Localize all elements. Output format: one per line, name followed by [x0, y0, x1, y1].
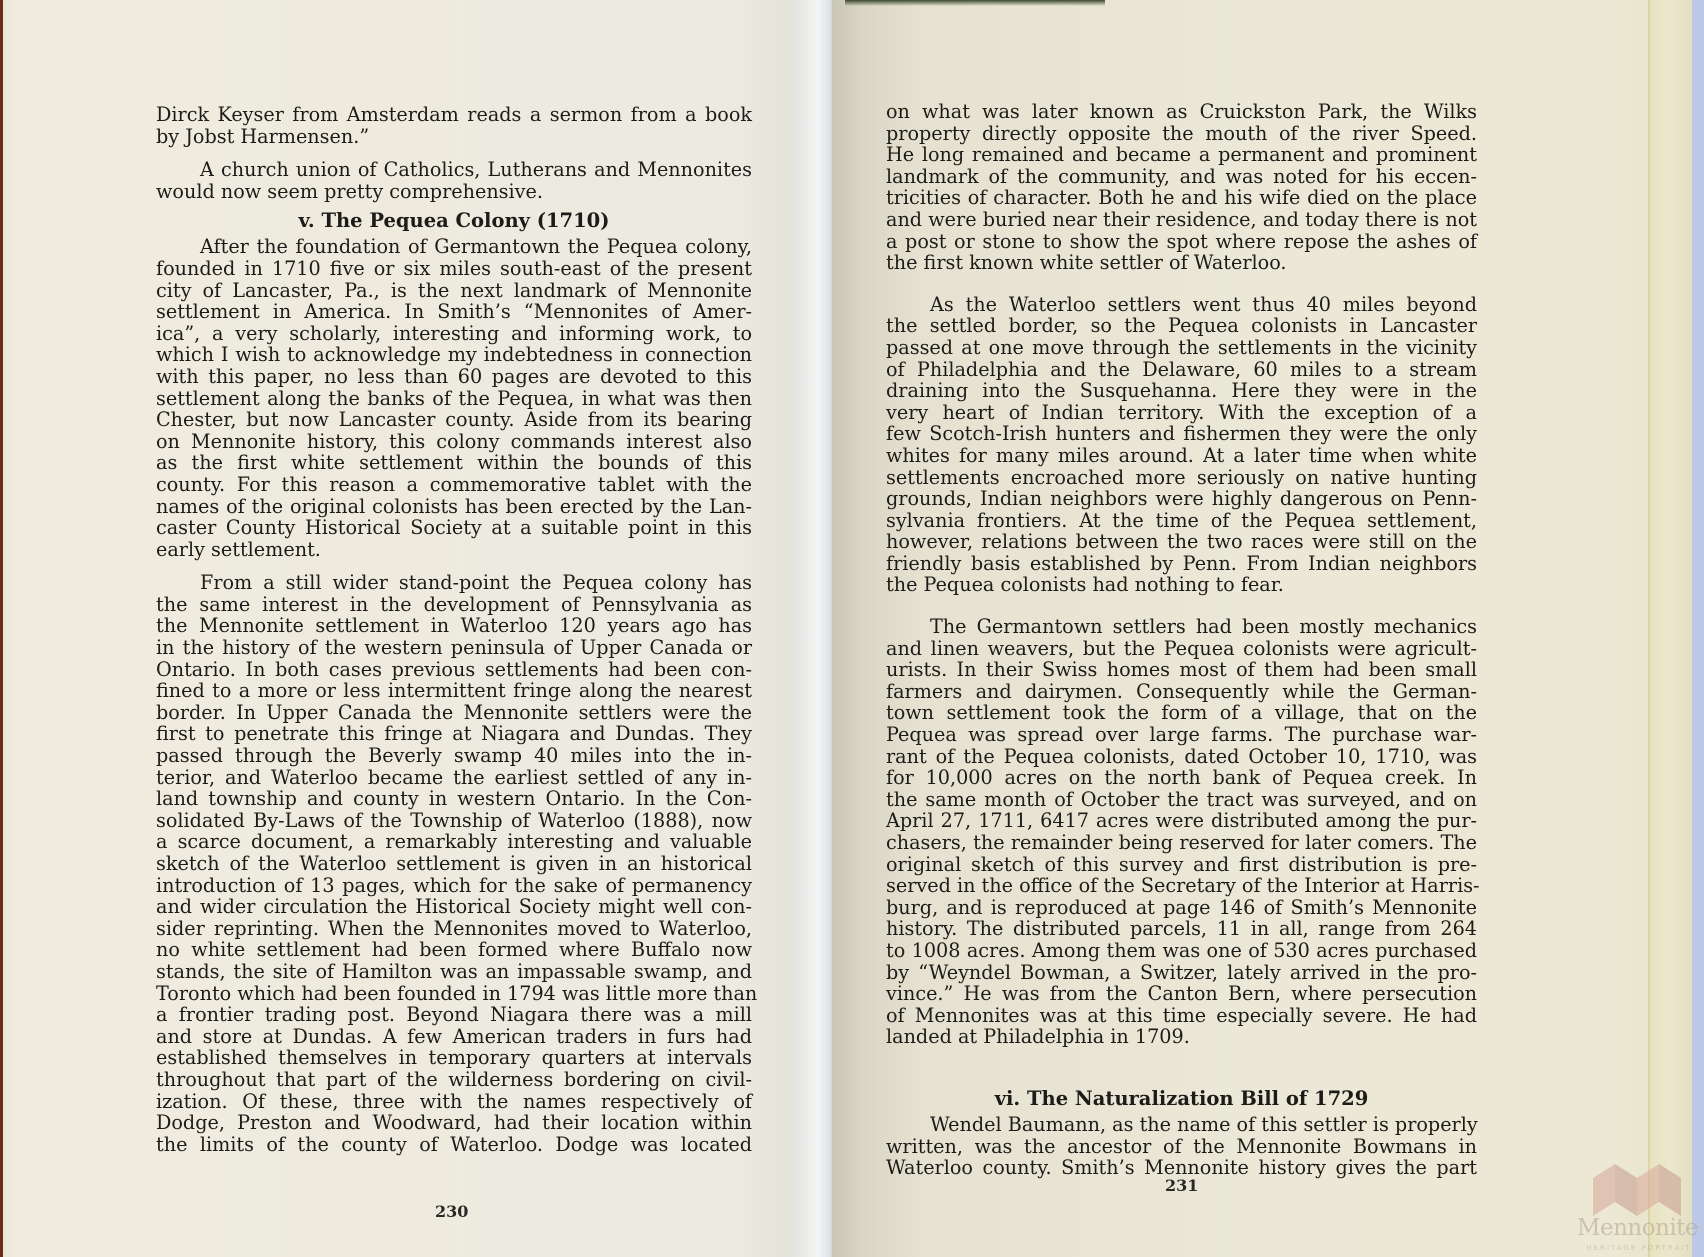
text-line: draining into the Susquehanna. Here they…: [886, 380, 1477, 402]
text-line: in the history of the western peninsula …: [156, 637, 752, 659]
text-line: a frontier trading post. Beyond Niagara …: [156, 1004, 752, 1026]
left-page-text: Dirck Keyser from Amsterdam reads a serm…: [156, 104, 752, 1155]
text-line: city of Lancaster, Pa., is the next land…: [156, 280, 752, 302]
mennonite-logo-icon: [1575, 1160, 1700, 1220]
text-line: a scarce document, a remarkably interest…: [156, 831, 752, 853]
text-line: passed through the Beverly swamp 40 mile…: [156, 745, 752, 767]
text-line: landmark of the community, and was noted…: [886, 166, 1477, 188]
text-line: served in the office of the Secretary of…: [886, 875, 1477, 897]
text-line: border. In Upper Canada the Mennonite se…: [156, 702, 752, 724]
right-page: on what was later known as Cruickston Pa…: [832, 0, 1682, 1257]
text-line: town settlement took the form of a villa…: [886, 702, 1477, 724]
text-line: settlement in America. In Smith’s “Menno…: [156, 301, 752, 323]
watermark-name: Mennonite: [1575, 1215, 1700, 1241]
text-line: for 10,000 acres on the north bank of Pe…: [886, 767, 1477, 789]
text-line: burg, and is reproduced at page 146 of S…: [886, 897, 1477, 919]
text-line: chasers, the remainder being reserved fo…: [886, 832, 1477, 854]
text-line: From a still wider stand-point the Peque…: [156, 572, 752, 594]
text-line: Dodge, Preston and Woodward, had their l…: [156, 1112, 752, 1134]
text-line: terior, and Waterloo became the earliest…: [156, 767, 752, 789]
paragraph-gap: [886, 1048, 1477, 1084]
text-line: ica”, a very scholarly, interesting and …: [156, 323, 752, 345]
text-line: ization. Of these, three with the names …: [156, 1091, 752, 1113]
text-line: and were buried near their residence, an…: [886, 209, 1477, 231]
text-line: friendly basis established by Penn. From…: [886, 553, 1477, 575]
text-line: and store at Dundas. A few American trad…: [156, 1026, 752, 1048]
text-line: a post or stone to show the spot where r…: [886, 231, 1477, 253]
text-line: the Pequea colonists had nothing to fear…: [886, 574, 1477, 596]
text-line: Dirck Keyser from Amsterdam reads a serm…: [156, 104, 752, 126]
book-spread: Dirck Keyser from Amsterdam reads a serm…: [0, 0, 1704, 1257]
text-line: first to penetrate this fringe at Niagar…: [156, 723, 752, 745]
text-line: the limits of the county of Waterloo. Do…: [156, 1134, 752, 1156]
text-line: tricities of character. Both he and his …: [886, 187, 1477, 209]
text-line: however, relations between the two races…: [886, 531, 1477, 553]
text-line: of Mennonites was at this time especiall…: [886, 1005, 1477, 1027]
text-line: sider reprinting. When the Mennonites mo…: [156, 918, 752, 940]
paragraph-gap: [886, 274, 1477, 294]
text-line: sketch of the Waterloo settlement is giv…: [156, 853, 752, 875]
text-line: farmers and dairymen. Consequently while…: [886, 681, 1477, 703]
page-number-230: 230: [435, 1202, 468, 1221]
section-heading: vi. The Naturalization Bill of 1729: [886, 1084, 1477, 1114]
left-page: Dirck Keyser from Amsterdam reads a serm…: [0, 0, 832, 1257]
text-line: and wider circulation the Historical Soc…: [156, 896, 752, 918]
text-line: throughout that part of the wilderness b…: [156, 1069, 752, 1091]
text-line: the same interest in the development of …: [156, 594, 752, 616]
text-line: settlements encroached more seriously on…: [886, 467, 1477, 489]
right-page-text: on what was later known as Cruickston Pa…: [886, 101, 1477, 1179]
text-line: solidated By-Laws of the Township of Wat…: [156, 810, 752, 832]
text-line: passed at one move through the settlemen…: [886, 337, 1477, 359]
text-line: A church union of Catholics, Lutherans a…: [156, 159, 752, 181]
text-line: Chester, but now Lancaster county. Aside…: [156, 409, 752, 431]
text-line: landed at Philadelphia in 1709.: [886, 1026, 1477, 1048]
mennonite-watermark: Mennonite HERITAGE PORTRAIT: [1575, 1160, 1700, 1255]
text-line: county. For this reason a commemorative …: [156, 474, 752, 496]
text-line: with this paper, no less than 60 pages a…: [156, 366, 752, 388]
text-line: Pequea was spread over large farms. The …: [886, 724, 1477, 746]
text-line: established themselves in temporary quar…: [156, 1047, 752, 1069]
text-line: As the Waterloo settlers went thus 40 mi…: [886, 294, 1477, 316]
text-line: no white settlement had been formed wher…: [156, 939, 752, 961]
text-line: history. The distributed parcels, 11 in …: [886, 918, 1477, 940]
text-line: whites for many miles around. At a later…: [886, 445, 1477, 467]
text-line: caster County Historical Society at a su…: [156, 517, 752, 539]
top-shadow: [845, 0, 1105, 6]
text-line: the first known white settler of Waterlo…: [886, 252, 1477, 274]
text-line: founded in 1710 five or six miles south-…: [156, 258, 752, 280]
text-line: by Jobst Harmensen.”: [156, 126, 752, 148]
text-line: urists. In their Swiss homes most of the…: [886, 659, 1477, 681]
text-line: the Mennonite settlement in Waterloo 120…: [156, 615, 752, 637]
watermark-subtitle: HERITAGE PORTRAIT: [1579, 1244, 1699, 1252]
text-line: very heart of Indian territory. With the…: [886, 402, 1477, 424]
text-line: After the foundation of Germantown the P…: [156, 236, 752, 258]
text-line: and linen weavers, but the Pequea coloni…: [886, 638, 1477, 660]
text-line: the settled border, so the Pequea coloni…: [886, 315, 1477, 337]
text-line: settlement along the banks of the Pequea…: [156, 388, 752, 410]
text-line: names of the original colonists has been…: [156, 496, 752, 518]
text-line: He long remained and became a permanent …: [886, 144, 1477, 166]
text-line: would now seem pretty comprehensive.: [156, 181, 752, 203]
text-line: written, was the ancestor of the Mennoni…: [886, 1136, 1477, 1158]
text-line: which I wish to acknowledge my indebtedn…: [156, 344, 752, 366]
paragraph-gap: [886, 596, 1477, 616]
text-line: introduction of 13 pages, which for the …: [156, 875, 752, 897]
text-line: Wendel Baumann, as the name of this sett…: [886, 1114, 1477, 1136]
text-line: few Scotch-Irish hunters and fishermen t…: [886, 423, 1477, 445]
text-line: sylvania frontiers. At the time of the P…: [886, 510, 1477, 532]
text-line: on what was later known as Cruickston Pa…: [886, 101, 1477, 123]
text-line: early settlement.: [156, 539, 752, 561]
page-edges: [1648, 0, 1692, 1257]
text-line: by “Weyndel Bowman, a Switzer, lately ar…: [886, 962, 1477, 984]
gutter: [790, 0, 830, 1257]
text-line: to 1008 acres. Among them was one of 530…: [886, 940, 1477, 962]
text-line: The Germantown settlers had been mostly …: [886, 616, 1477, 638]
text-line: original sketch of this survey and first…: [886, 854, 1477, 876]
text-line: rant of the Pequea colonists, dated Octo…: [886, 746, 1477, 768]
page-number-231: 231: [1165, 1176, 1198, 1195]
text-line: the same month of October the tract was …: [886, 789, 1477, 811]
text-line: grounds, Indian neighbors were highly da…: [886, 488, 1477, 510]
text-line: as the first white settlement within the…: [156, 452, 752, 474]
text-line: land township and county in western Onta…: [156, 788, 752, 810]
text-line: Ontario. In both cases previous settleme…: [156, 659, 752, 681]
text-line: vince.” He was from the Canton Bern, whe…: [886, 983, 1477, 1005]
text-line: April 27, 1711, 6417 acres were distribu…: [886, 810, 1477, 832]
section-heading: v. The Pequea Colony (1710): [156, 206, 752, 236]
text-line: property directly opposite the mouth of …: [886, 123, 1477, 145]
text-line: on Mennonite history, this colony comman…: [156, 431, 752, 453]
scan-background-edge: [1692, 0, 1704, 1257]
text-line: of Philadelphia and the Delaware, 60 mil…: [886, 359, 1477, 381]
text-line: Toronto which had been founded in 1794 w…: [156, 983, 752, 1005]
text-line: stands, the site of Hamilton was an impa…: [156, 961, 752, 983]
text-line: fined to a more or less intermittent fri…: [156, 680, 752, 702]
